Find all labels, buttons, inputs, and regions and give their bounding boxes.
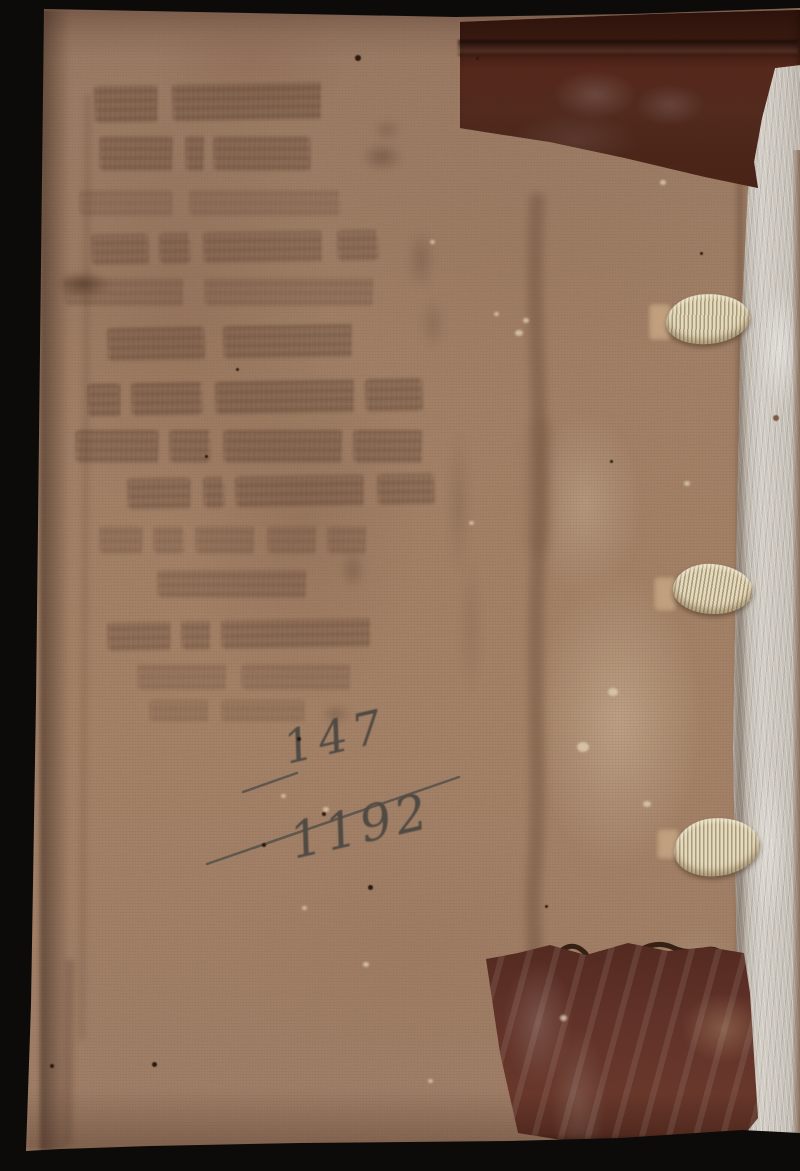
manuscript-scan: 147 1192 bbox=[0, 0, 800, 1171]
scan-grain bbox=[0, 0, 800, 1171]
pastedown-board: 147 1192 bbox=[0, 0, 800, 1171]
